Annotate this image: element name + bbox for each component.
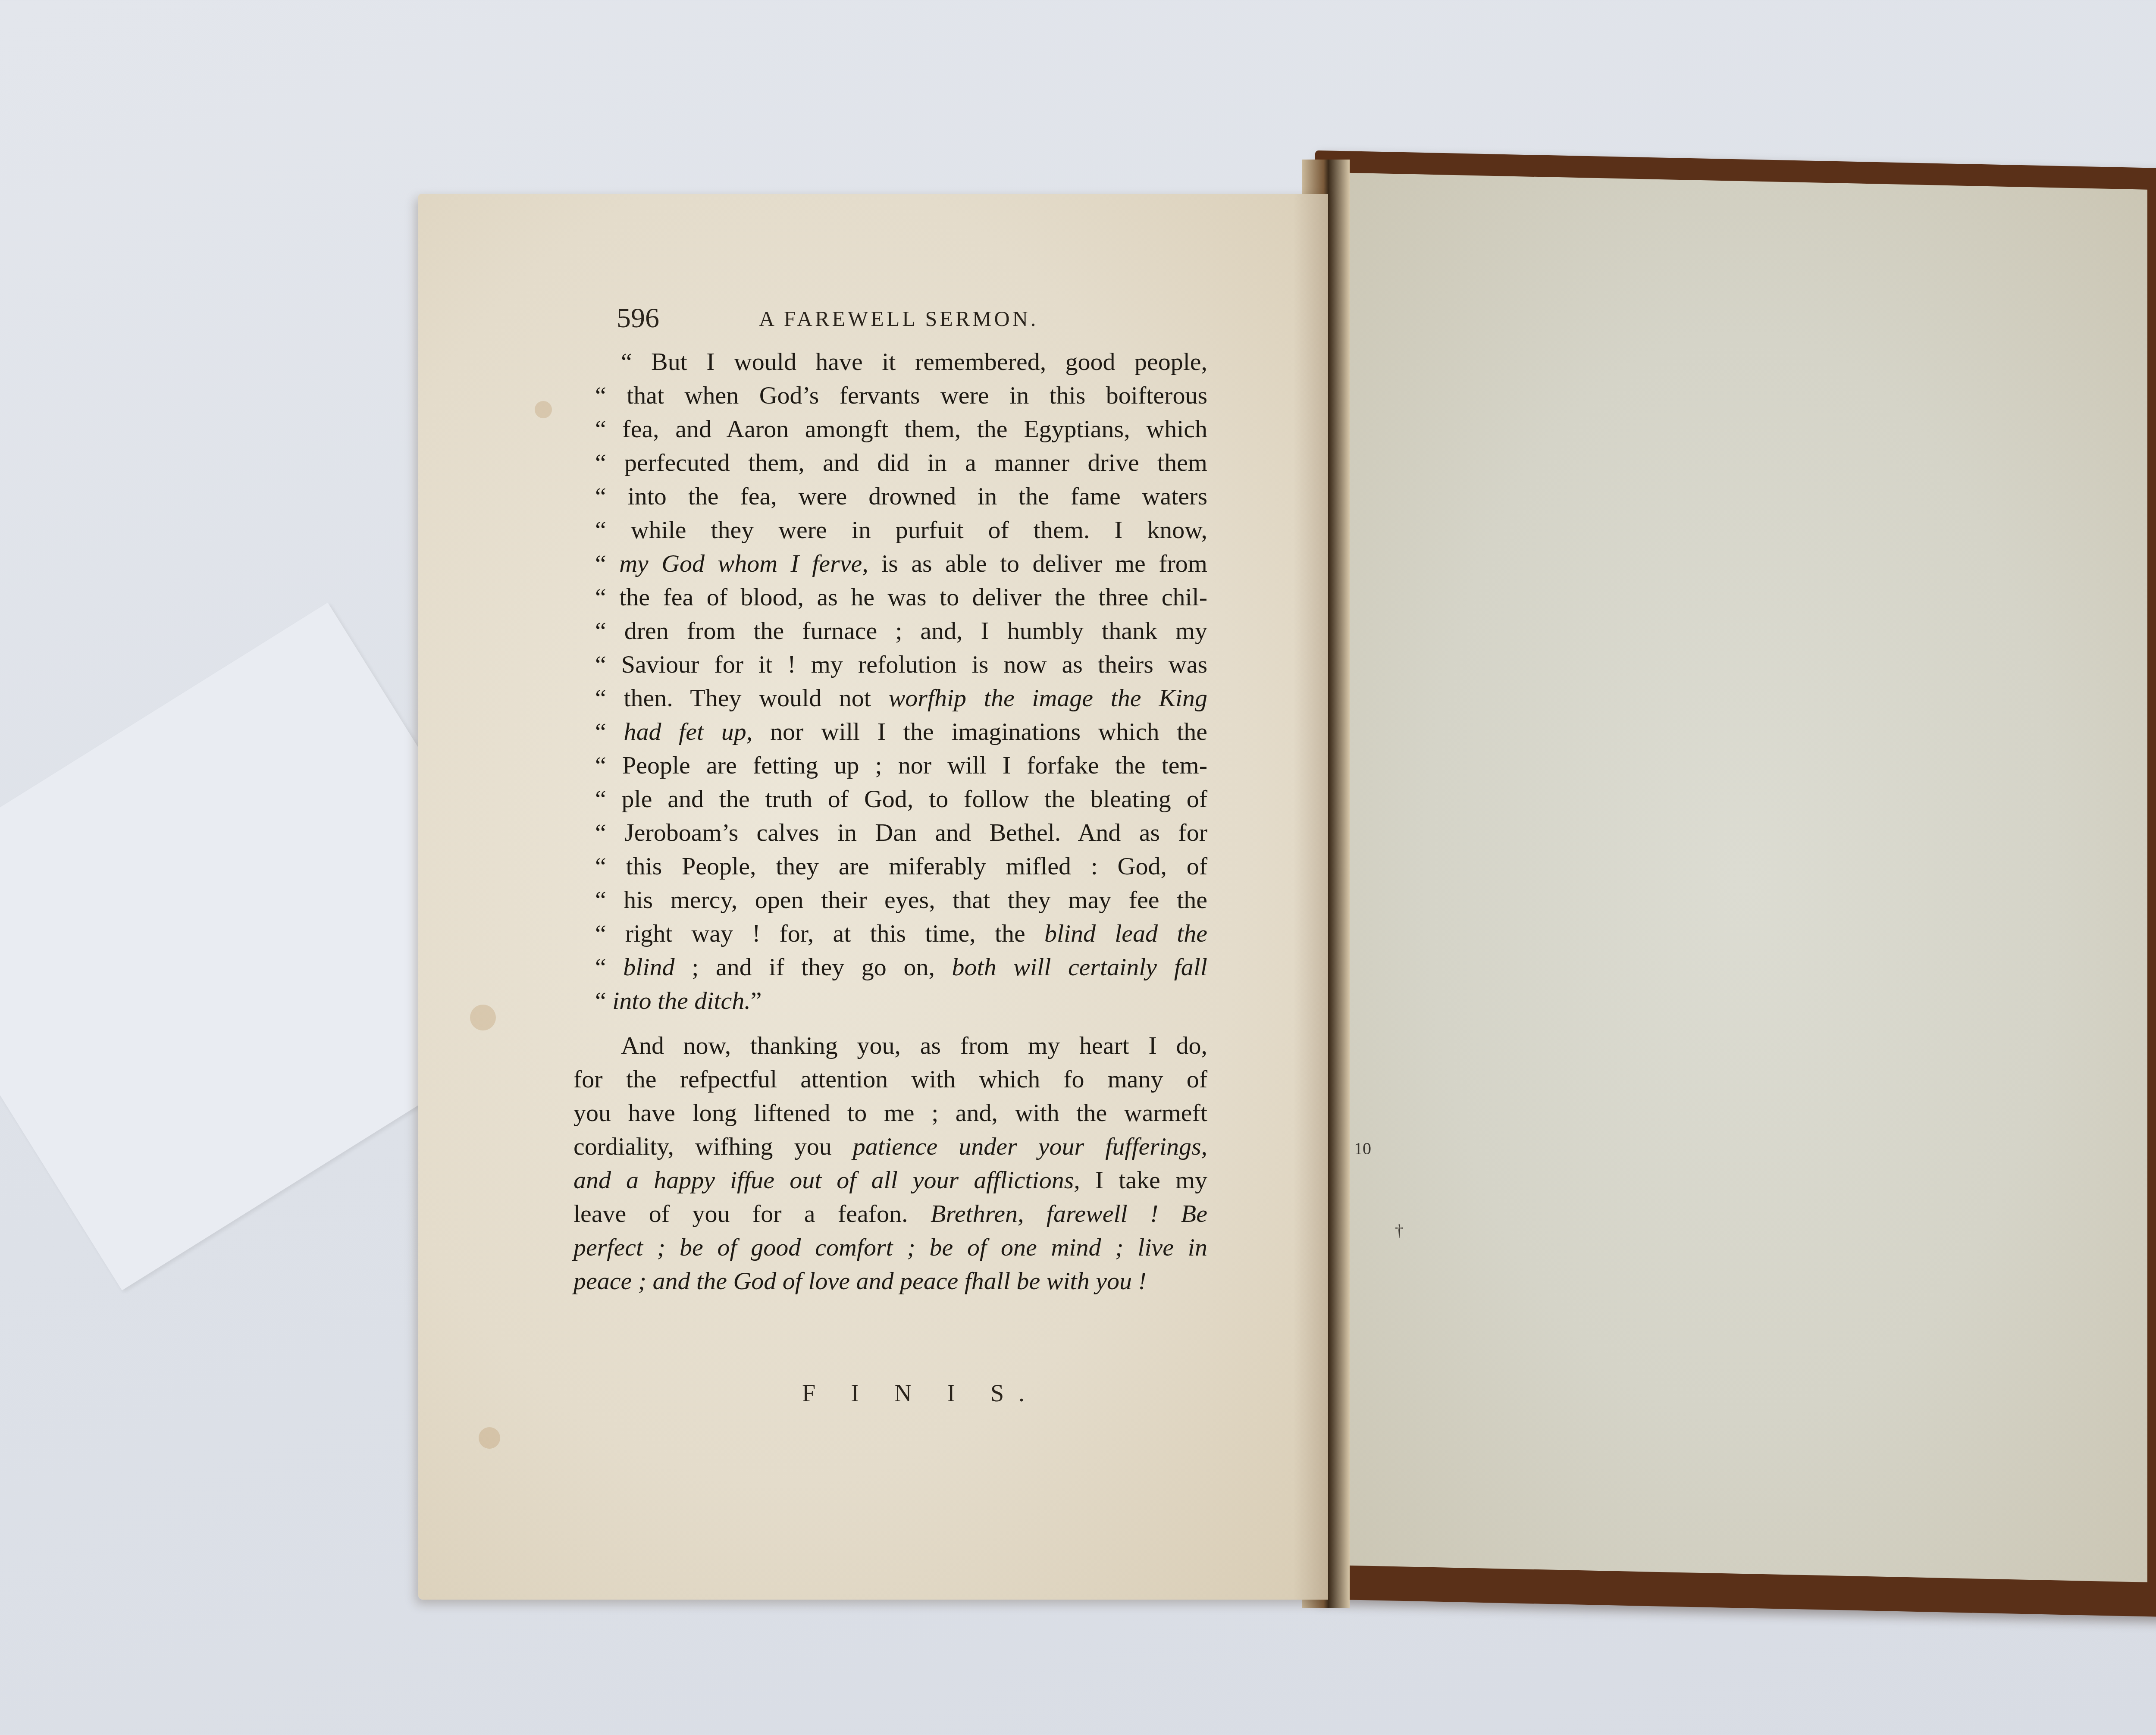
endpaper-dagger-mark: † [1395, 1220, 1404, 1240]
foxing-spot [479, 1427, 500, 1449]
text-line: “ perfecuted them, and did in a manner d… [573, 446, 1207, 479]
text-line: perfect ; be of good comfort ; be of one… [573, 1231, 1207, 1264]
text-line: “ dren from the furnace ; and, I humbly … [573, 614, 1207, 648]
text-line: cordiality, wifhing you patience under y… [573, 1130, 1207, 1163]
text-line: and a happy iffue out of all your afflic… [573, 1163, 1207, 1197]
text-line: you have long liftened to me ; and, with… [573, 1096, 1207, 1130]
open-book: 596 A FAREWELL SERMON. “ But I would hav… [0, 0, 2156, 1735]
text-line: “ People are fetting up ; nor will I for… [573, 748, 1207, 782]
closing-paragraph: And now, thanking you, as from my heart … [573, 1029, 1207, 1298]
text-line: “ that when God’s fervants were in this … [573, 379, 1207, 412]
foxing-spot [470, 1005, 496, 1030]
text-line: “ blind ; and if they go on, both will c… [573, 950, 1207, 984]
right-endpaper [1337, 172, 2147, 1582]
sermon-text: “ But I would have it remembered, good p… [573, 345, 1207, 1298]
foxing-spot [535, 401, 552, 418]
text-line: “ ple and the truth of God, to follow th… [573, 782, 1207, 816]
text-line: “ Saviour for it ! my refolution is now … [573, 648, 1207, 681]
running-title: A FAREWELL SERMON. [759, 306, 1038, 331]
text-line: peace ; and the God of love and peace fh… [573, 1264, 1207, 1298]
text-line: “ into the fea, were drowned in the fame… [573, 479, 1207, 513]
text-line: “ But I would have it remembered, good p… [573, 345, 1207, 379]
text-line: “ fea, and Aaron amongft them, the Egypt… [573, 412, 1207, 446]
text-line: “ this People, they are miferably mifled… [573, 849, 1207, 883]
endpaper-number-mark: 10 [1354, 1138, 1371, 1159]
text-line: And now, thanking you, as from my heart … [573, 1029, 1207, 1062]
text-line: leave of you for a feafon. Brethren, far… [573, 1197, 1207, 1231]
text-line: “ had fet up, nor will I the imagination… [573, 715, 1207, 748]
finis-colophon: F I N I S. [802, 1380, 1039, 1407]
page-edge-shadow [1294, 194, 1328, 1600]
text-line: “ then. They would not worfhip the image… [573, 681, 1207, 715]
text-line: “ right way ! for, at this time, the bli… [573, 917, 1207, 950]
quoted-passage: “ But I would have it remembered, good p… [573, 345, 1207, 1018]
page-number: 596 [617, 302, 659, 335]
text-line: “ into the ditch.” [573, 984, 1207, 1018]
text-line: “ his mercy, open their eyes, that they … [573, 883, 1207, 917]
text-line: “ the fea of blood, as he was to deliver… [573, 580, 1207, 614]
text-line: for the refpectful attention with which … [573, 1062, 1207, 1096]
text-line: “ my God whom I ferve, is as able to del… [573, 547, 1207, 580]
text-line: “ while they were in purfuit of them. I … [573, 513, 1207, 547]
text-line: “ Jeroboam’s calves in Dan and Bethel. A… [573, 816, 1207, 849]
running-head: 596 A FAREWELL SERMON. [617, 302, 1238, 341]
